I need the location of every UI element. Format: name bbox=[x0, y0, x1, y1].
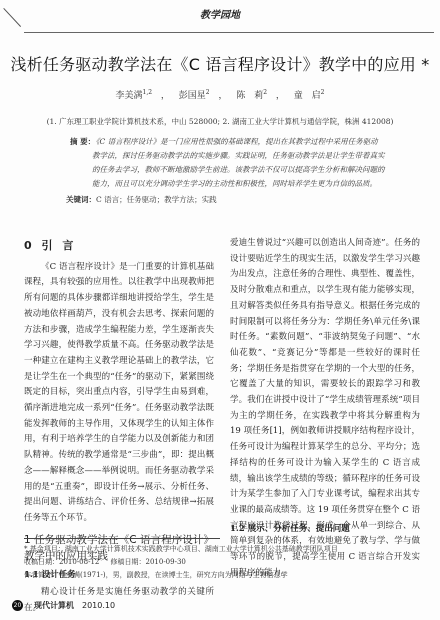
footnote-author-bio: 作者简介：李美满(1971-)，男，副教授，在读博士生，研究方向为网络与生物信息… bbox=[24, 569, 338, 582]
footnotes: * 基金项目：湖南工业大学计算机技术实践教学中心项目、湖南工业大学计算机公共基础… bbox=[24, 543, 338, 582]
column-tag: 教学园地 bbox=[0, 6, 440, 21]
journal-issue: 2010.10 bbox=[82, 601, 115, 610]
header-rule bbox=[24, 32, 434, 33]
affiliation: (1. 广东理工职业学院计算机技术系，中山 528000; 2. 湖南工业大学计… bbox=[0, 116, 440, 127]
footnote-fund: * 基金项目：湖南工业大学计算机技术实践教学中心项目、湖南工业大学计算机公共基础… bbox=[24, 543, 338, 556]
author: 陈 莉2 bbox=[236, 91, 267, 101]
author: 彭国星2 bbox=[179, 91, 210, 101]
footnote-rule bbox=[24, 538, 220, 539]
article-title: 浅析任务驱动教学法在《C 语言程序设计》教学中的应用 * bbox=[0, 52, 440, 75]
keywords: 关键词：C 语言；任务驱动；教学方法；实践 bbox=[66, 194, 217, 205]
author: 李美满1,2 bbox=[115, 91, 152, 101]
abstract-label: 摘 要： bbox=[70, 135, 95, 149]
journal-name: 现代计算机 bbox=[34, 601, 74, 610]
section-heading-introduction: 0 引 言 bbox=[24, 238, 214, 254]
intro-paragraph: 《C 语言程序设计》是一门重要的计算机基础课程，具有较强的应用性。以往教学中出现… bbox=[24, 260, 214, 527]
footnote-dates: 收稿日期：2010-08-12 修稿日期：2010-09-30 bbox=[24, 556, 338, 569]
author-list: 李美满1,2 ， 彭国星2 ， 陈 莉2 ， 童 启2 bbox=[0, 88, 440, 101]
keywords-label: 关键词： bbox=[66, 195, 96, 204]
section-heading-1-2: 1.2 展示、分析任务、提出问题 bbox=[230, 522, 350, 534]
keywords-text: C 语言；任务驱动；教学方法；实践 bbox=[96, 195, 217, 204]
abstract-text: 《C 语言程序设计》是一门应用性很强的基础课程，提出在其教学过程中采用任务驱动教… bbox=[70, 135, 385, 191]
author: 童 启2 bbox=[294, 91, 325, 101]
page-number-badge: 20 bbox=[12, 600, 23, 611]
journal-footer: 现代计算机2010.10 bbox=[34, 600, 123, 611]
abstract: 摘 要： 《C 语言程序设计》是一门应用性很强的基础课程，提出在其教学过程中采用… bbox=[70, 135, 385, 191]
